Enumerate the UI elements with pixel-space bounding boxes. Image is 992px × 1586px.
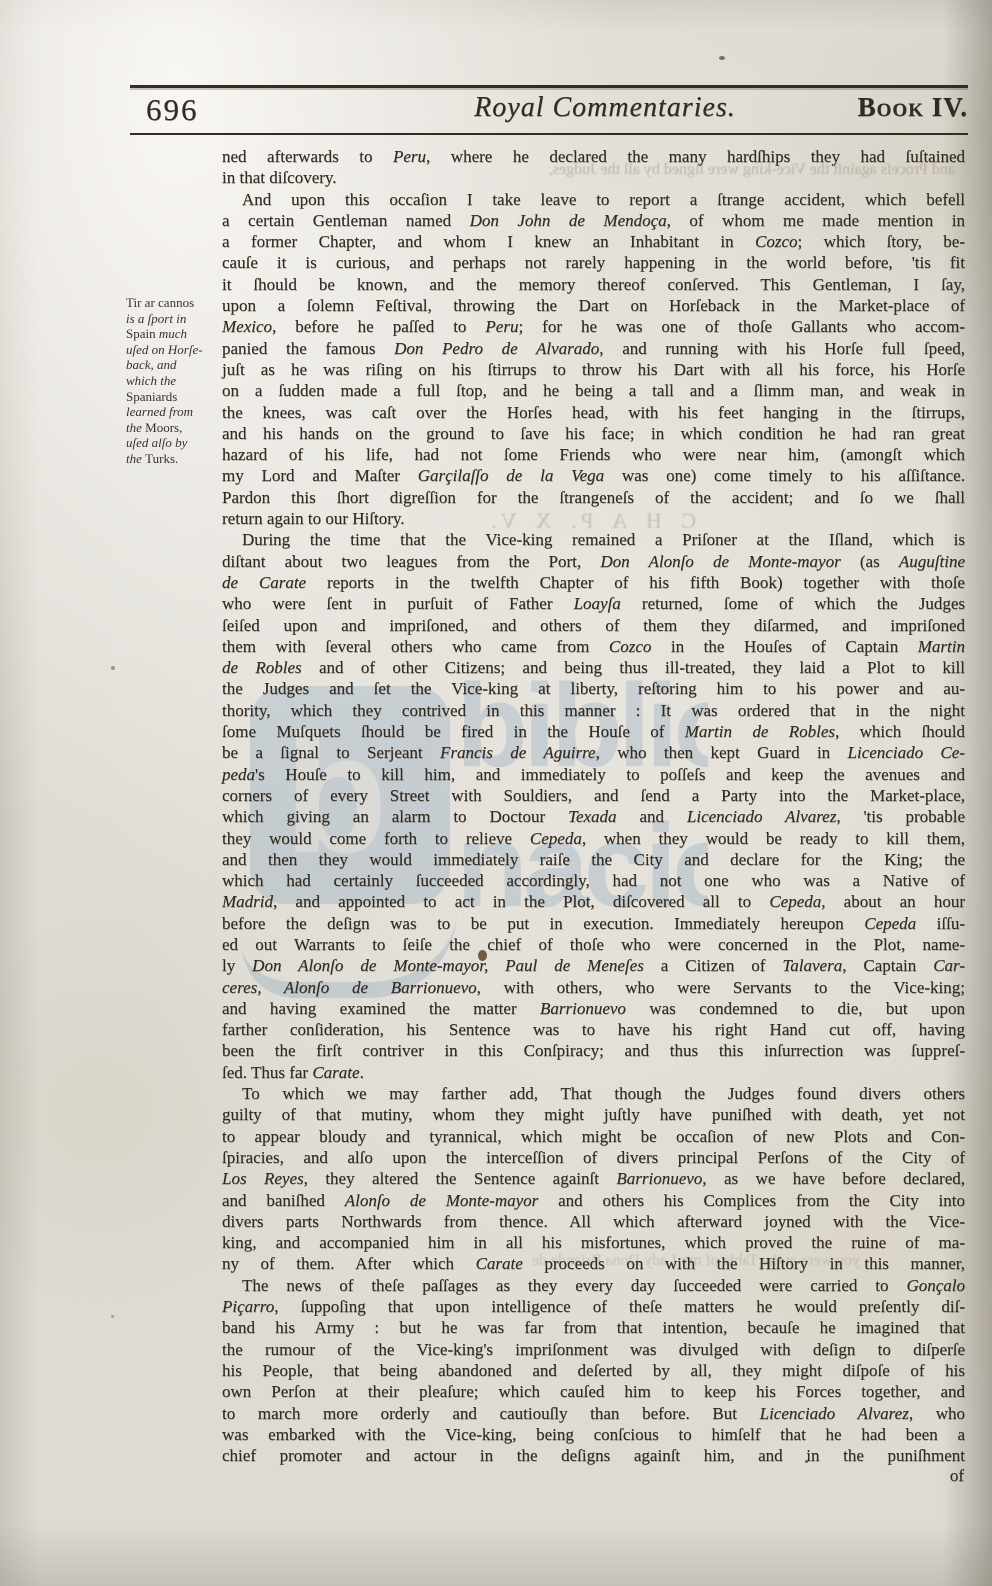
body-line: and his hands on the ground to ſave his … — [222, 423, 965, 444]
body-line: Piçarro, ſuppoſing that upon intelligenc… — [222, 1296, 965, 1317]
body-line: de Carate reports in the twelfth Chapter… — [222, 572, 965, 593]
body-line: return again to our Hiſtory. — [222, 508, 965, 529]
margin-note-line: the Turks. — [126, 451, 222, 467]
body-line: ned afterwards to Peru, where he declare… — [222, 146, 965, 167]
body-line: divers parts Northwards from thence. All… — [222, 1211, 965, 1232]
body-line: upon a ſolemn Feſtival, throwing the Dar… — [222, 295, 965, 316]
body-line: which giving an alarm to Doctour Texada … — [222, 806, 965, 827]
body-line: Mexico, before he paſſed to Peru; for he… — [222, 316, 965, 337]
ink-speck — [719, 56, 725, 60]
body-line: which had certainly ſucceeded accordingl… — [222, 870, 965, 891]
body-line: Madrid, and appointed to act in the Plot… — [222, 891, 965, 912]
body-line: who were ſent in purſuit of Father Loayſ… — [222, 593, 965, 614]
margin-note-line: which the — [126, 373, 222, 389]
body-line: hazard of his life, had not ſome Friends… — [222, 444, 965, 465]
body-line: de Robles and of other Citizens; and bei… — [222, 657, 965, 678]
body-line: been the firſt contriver in this Conſpir… — [222, 1040, 965, 1061]
body-line: be a ſignal to Serjeant Francis de Aguir… — [222, 742, 965, 763]
body-line: ny of them. After which Carate proceeds … — [222, 1253, 965, 1274]
ink-speck — [111, 666, 115, 670]
body-line: juſt as he was riſing on his ſtirrups to… — [222, 359, 965, 380]
body-line: them with ſeveral others who came from C… — [222, 636, 965, 657]
margin-note-line: uſed alſo by — [126, 435, 222, 451]
body-line: chief promoter and actour in the deſigns… — [222, 1445, 965, 1466]
margin-note: Tir ar cannosis a ſport inSpain muchuſed… — [126, 295, 222, 467]
body-line: ly Don Alonſo de Monte-mayor, Paul de Me… — [222, 955, 965, 976]
body-line: peda's Houſe to kill him, and immediatel… — [222, 764, 965, 785]
body-text: ned afterwards to Peru, where he declare… — [222, 146, 965, 1466]
margin-note-line: Spaniards — [126, 389, 222, 405]
body-line: corners of every Street with Souldiers, … — [222, 785, 965, 806]
margin-note-line: Spain much — [126, 326, 222, 342]
ink-speck — [111, 1315, 114, 1318]
body-line: To which we may farther add, That though… — [222, 1083, 965, 1104]
body-line: his People, that being abandoned and deſ… — [222, 1360, 965, 1381]
body-line: ſed. Thus far Carate. — [222, 1062, 965, 1083]
body-line: ceres, Alonſo de Barrionuevo, with other… — [222, 977, 965, 998]
body-line: to appear bloudy and tyrannical, which m… — [222, 1126, 965, 1147]
body-line: ſeiſed upon and impriſoned, and others o… — [222, 615, 965, 636]
book-label: Book IV. — [858, 92, 968, 123]
body-line: own Perſon at their pleaſure; which cauſ… — [222, 1381, 965, 1402]
page-number: 696 — [146, 92, 199, 128]
book-page-scan: and Proceſs againſt the Vice-king were ſ… — [0, 0, 992, 1586]
body-line: Los Reyes, they altered the Sentence aga… — [222, 1168, 965, 1189]
body-line: they would come forth to relieve Cepeda,… — [222, 828, 965, 849]
body-line: on a ſudden made a full ſtop, and he bei… — [222, 380, 965, 401]
body-line: king, and accompanied him in all his mis… — [222, 1232, 965, 1253]
body-line: and having examined the matter Barrionue… — [222, 998, 965, 1019]
body-line: the knees, was caſt over the Horſes head… — [222, 402, 965, 423]
body-line: a former Chapter, and whom I knew an Inh… — [222, 231, 965, 252]
margin-note-line: the Moors, — [126, 420, 222, 436]
running-title: Royal Commentaries. — [380, 92, 830, 124]
body-line: was embarked with the Vice-king, being c… — [222, 1424, 965, 1445]
body-line: the Judges and ſet the Vice-king at libe… — [222, 678, 965, 699]
body-line: During the time that the Vice-king remai… — [222, 529, 965, 550]
body-line: farther conſideration, his Sentence was … — [222, 1019, 965, 1040]
header-rule-top — [130, 85, 968, 88]
body-line: diſtant about two leagues from the Port,… — [222, 551, 965, 572]
body-line: ſome Muſquets ſhould be fired in the Hou… — [222, 721, 965, 742]
body-line: thority, which they contrived in this ma… — [222, 700, 965, 721]
margin-note-line: learned from — [126, 404, 222, 420]
body-line: it ſhould be known, and the memory there… — [222, 274, 965, 295]
body-line: guilty of that mutiny, whom they might j… — [222, 1104, 965, 1125]
margin-note-line: Tir ar cannos — [126, 295, 222, 311]
margin-note-line: back, and — [126, 357, 222, 373]
body-line: the rumour of the Vice-king's impriſonme… — [222, 1339, 965, 1360]
body-line: panied the famous Don Pedro de Alvarado,… — [222, 338, 965, 359]
body-line: And upon this occaſion I take leave to r… — [222, 189, 965, 210]
body-line: before the deſign was to be put in execu… — [222, 913, 965, 934]
body-line: my Lord and Maſter Garçilaſſo de la Vega… — [222, 465, 965, 486]
margin-note-line: uſed on Horſe- — [126, 342, 222, 358]
body-line: and baniſhed Alonſo de Monte-mayor and o… — [222, 1190, 965, 1211]
body-line: band his Army : but he was far from that… — [222, 1317, 965, 1338]
body-line: cauſe it is curious, and perhaps not rar… — [222, 252, 965, 273]
body-line: ed out Warrants to ſeiſe the chief of th… — [222, 934, 965, 955]
body-line: The news of theſe paſſages as they every… — [222, 1275, 965, 1296]
body-line: Pardon this ſhort digreſſion for the ſtr… — [222, 487, 965, 508]
body-line: ſpiracies, and alſo upon the interceſſio… — [222, 1147, 965, 1168]
body-line: in that diſcovery. — [222, 167, 965, 188]
catchword: of — [950, 1466, 964, 1486]
body-line: to march more orderly and cautiouſly tha… — [222, 1403, 965, 1424]
body-line: a certain Gentleman named Don John de Me… — [222, 210, 965, 231]
margin-note-line: is a ſport in — [126, 311, 222, 327]
body-line: and then they would immediately raiſe th… — [222, 849, 965, 870]
header-rule-bottom — [130, 133, 968, 135]
